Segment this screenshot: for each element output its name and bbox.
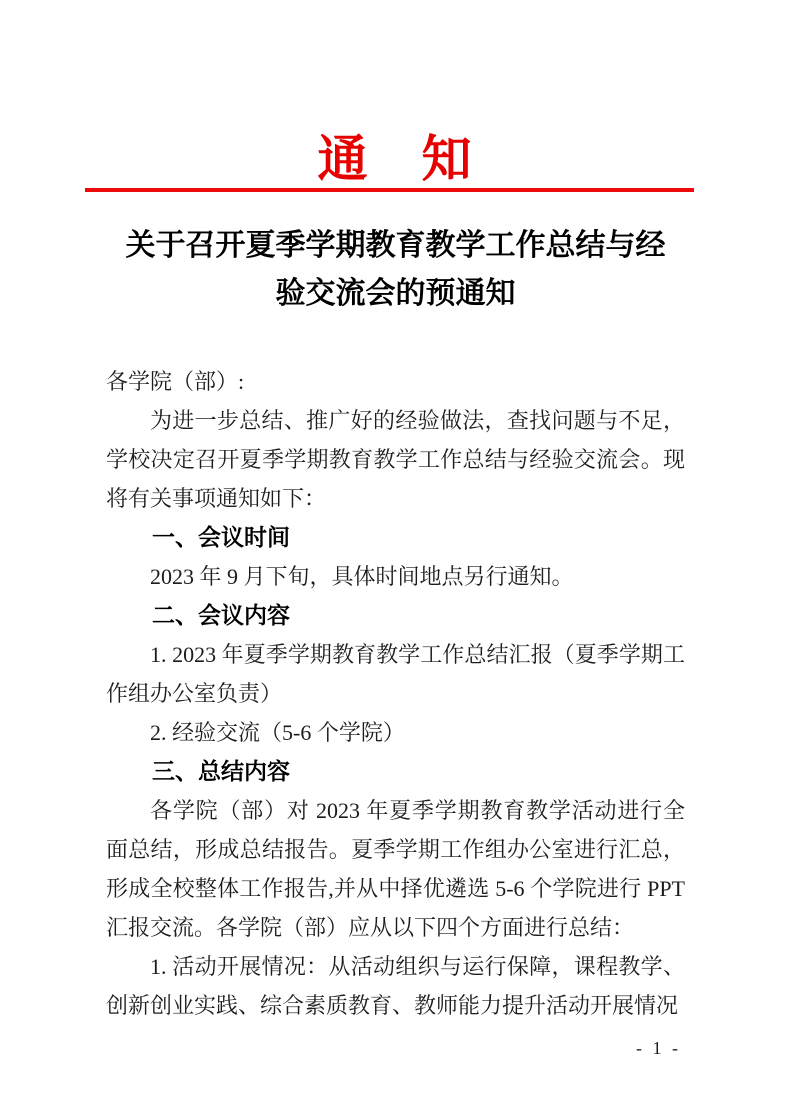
paragraph-meeting-item-1: 1. 2023 年夏季学期教育教学工作总结汇报（夏季学期工作组办公室负责）	[106, 635, 685, 713]
paragraph-meeting-time: 2023 年 9 月下旬，具体时间地点另行通知。	[106, 557, 685, 596]
paragraph-intro: 为进一步总结、推广好的经验做法，查找问题与不足，学校决定召开夏季学期教育教学工作…	[106, 401, 685, 518]
paragraph-summary-item-1: 1. 活动开展情况：从活动组织与运行保障，课程教学、创新创业实践、综合素质教育、…	[106, 947, 685, 1025]
document-title-line-1: 关于召开夏季学期教育教学工作总结与经	[126, 229, 666, 262]
page-number: - 1 -	[636, 1038, 681, 1059]
section-heading-meeting-content: 二、会议内容	[106, 596, 685, 635]
paragraph-summary-overview: 各学院（部）对 2023 年夏季学期教育教学活动进行全面总结，形成总结报告。夏季…	[106, 791, 685, 947]
red-divider-line	[85, 188, 694, 192]
paragraph-meeting-item-2: 2. 经验交流（5-6 个学院）	[106, 713, 685, 752]
notice-header: 通 知	[0, 134, 791, 184]
section-heading-summary-content: 三、总结内容	[106, 752, 685, 791]
document-title-line-2: 验交流会的预通知	[276, 277, 516, 310]
section-heading-meeting-time: 一、会议时间	[106, 518, 685, 557]
document-title: 关于召开夏季学期教育教学工作总结与经 验交流会的预通知	[0, 222, 791, 318]
document-body: 各学院（部）: 为进一步总结、推广好的经验做法，查找问题与不足，学校决定召开夏季…	[0, 362, 791, 1025]
document-page: 通 知 关于召开夏季学期教育教学工作总结与经 验交流会的预通知 各学院（部）: …	[0, 0, 791, 1119]
salutation: 各学院（部）:	[106, 362, 685, 401]
